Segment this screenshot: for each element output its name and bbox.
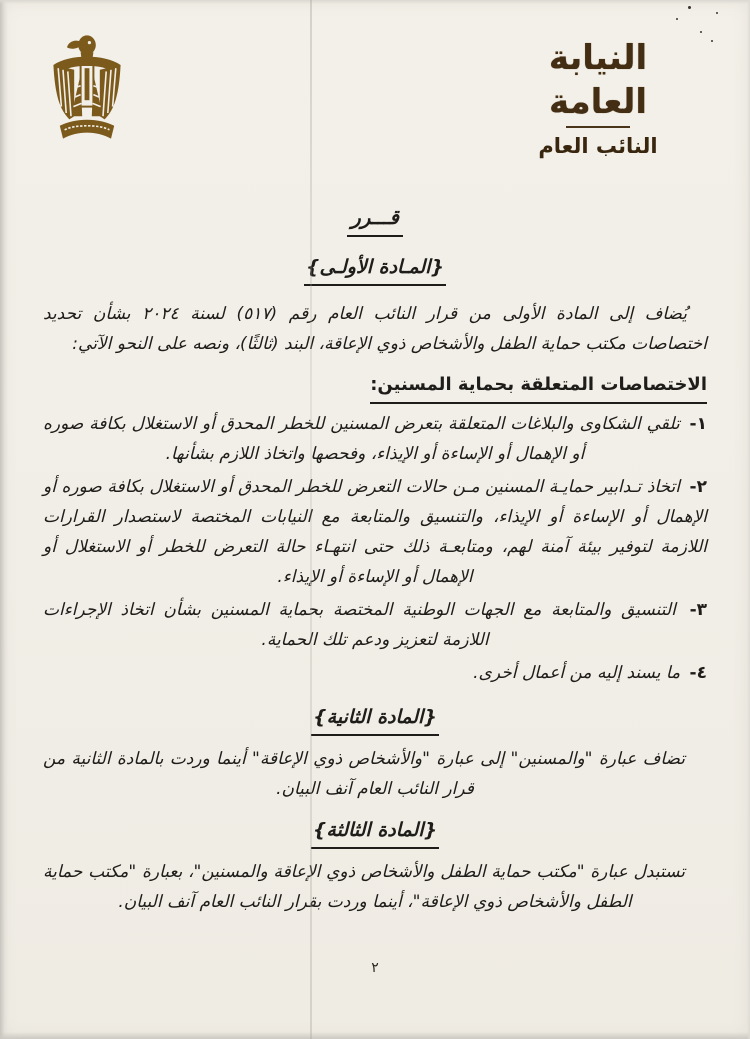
decree-word-wrap: قـــرر (43, 202, 707, 237)
item-number: ٢- (686, 477, 707, 497)
item-text: تلقي الشكاوى والبلاغات المتعلقة بتعرض ال… (43, 414, 680, 464)
bottom-edge-shadow (0, 1032, 750, 1039)
article-three-body: تستبدل عبارة "مكتب حماية الطفل والأشخاص … (43, 857, 707, 917)
article-three-title: {المادة الثالثة} (311, 815, 439, 849)
competencies-list: ١- تلقي الشكاوى والبلاغات المتعلقة بتعرض… (43, 409, 707, 688)
brand-underline (566, 126, 630, 128)
brand-calligraphy: النيابة العامة (498, 36, 698, 124)
competency-item: ٤- ما يسند إليه من أعمال أخرى. (43, 658, 707, 688)
attorney-general-title: النائب العام (498, 134, 698, 158)
article-two-title-wrap: {المادة الثانية} (43, 702, 707, 736)
item-number: ٣- (686, 600, 707, 620)
eagle-icon (47, 33, 127, 153)
decree-word: قـــرر (347, 202, 403, 237)
decree-body: قـــرر {المـادة الأولـى} يُضاف إلى الماد… (0, 202, 750, 917)
prosecution-brand: النيابة العامة النائب العام (498, 36, 698, 158)
article-one-intro: يُضاف إلى المادة الأولى من قرار النائب ا… (43, 299, 707, 359)
article-one-title-wrap: {المـادة الأولـى} (43, 252, 707, 286)
item-text: التنسيق والمتابعة مع الجهات الوطنية المخ… (43, 600, 676, 650)
document-header: النيابة العامة النائب العام (0, 0, 750, 192)
item-number: ١- (686, 414, 707, 434)
article-one-title: {المـادة الأولـى} (304, 252, 446, 286)
egypt-eagle-emblem (47, 33, 127, 157)
article-two-title: {المادة الثانية} (311, 702, 439, 736)
page-number: ٢ (371, 960, 379, 976)
elderly-protection-heading: الاختصاصات المتعلقة بحماية المسنين: (370, 370, 707, 404)
competency-item: ١- تلقي الشكاوى والبلاغات المتعلقة بتعرض… (43, 409, 707, 469)
scan-page: النيابة العامة النائب العام قـــرر {المـ… (0, 0, 750, 1039)
item-text: ما يسند إليه من أعمال أخرى. (473, 663, 680, 683)
page-footer: ٢ (0, 957, 750, 976)
competency-item: ٢- اتخاذ تـدابير حمايـة المسنين مـن حالا… (43, 472, 707, 592)
competency-item: ٣- التنسيق والمتابعة مع الجهات الوطنية ا… (43, 595, 707, 655)
article-two-body: تضاف عبارة "والمسنين" إلى عبارة "والأشخا… (43, 744, 707, 804)
item-text: اتخاذ تـدابير حمايـة المسنين مـن حالات ا… (43, 477, 707, 587)
elderly-protection-heading-wrap: الاختصاصات المتعلقة بحماية المسنين: (43, 370, 707, 404)
item-number: ٤- (686, 663, 707, 683)
article-three-title-wrap: {المادة الثالثة} (43, 815, 707, 849)
